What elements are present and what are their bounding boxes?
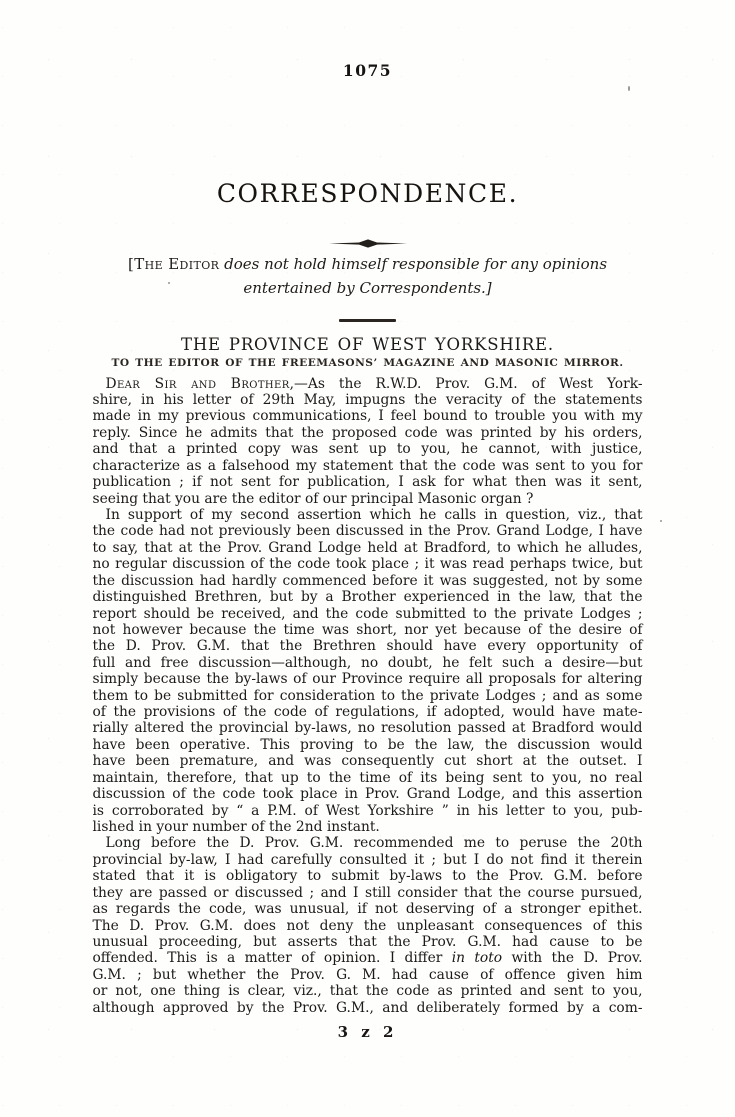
article-title: THE PROVINCE OF WEST YORKSHIRE.	[181, 335, 554, 354]
scan-speck	[168, 282, 170, 284]
diamond-rule-divider	[329, 233, 407, 242]
text-line: [The Editor does not hold himself respon…	[88, 253, 648, 277]
paragraph: Long before the D. Prov. G.M. recommende…	[93, 835, 643, 1016]
text-line: The D. Prov. G.M. does not deny the unpl…	[93, 918, 643, 934]
text-line: simply because the by-laws of our Provin…	[93, 671, 643, 687]
text-line: G.M. ; but whether the Prov. G. M. had c…	[93, 967, 643, 983]
short-rule-divider	[339, 319, 396, 322]
text-line: Long before the D. Prov. G.M. recommende…	[93, 835, 643, 851]
page-number: 1075	[343, 62, 392, 79]
text-line: stated that it is obligatory to submit b…	[93, 868, 643, 884]
text-line: publication ; if not sent for publicatio…	[93, 474, 643, 490]
text-line: distinguished Brethren, but by a Brother…	[93, 589, 643, 605]
text-line: have been premature, and was consequentl…	[93, 753, 643, 769]
scan-speck	[628, 86, 630, 91]
diamond-rule-icon	[329, 239, 407, 248]
text-line: although approved by the Prov. G.M., and…	[93, 1000, 643, 1016]
text-line: to say, that at the Prov. Grand Lodge he…	[93, 540, 643, 556]
text-line: reply. Since he admits that the proposed…	[93, 425, 643, 441]
scanned-document-page: 1075 CORRESPONDENCE. [The Editor does no…	[0, 0, 735, 1117]
text-line: them to be submitted for consideration t…	[93, 688, 643, 704]
text-line: of the provisions of the code of regulat…	[93, 704, 643, 720]
printer-signature-mark: 3 z 2	[338, 1024, 398, 1041]
text-line: seeing that you are the editor of our pr…	[93, 491, 643, 507]
paragraph: [The Editor does not hold himself respon…	[88, 253, 648, 300]
text-line: unusual proceeding, but asserts that the…	[93, 934, 643, 950]
text-line: or not, one thing is clear, viz., that t…	[93, 983, 643, 999]
text-line: Dear Sir and Brother,—As the R.W.D. Prov…	[93, 376, 643, 392]
text-line: and that a printed copy was sent up to y…	[93, 441, 643, 457]
text-line: rially altered the provincial by-laws, n…	[93, 720, 643, 736]
article-subtitle: TO THE EDITOR OF THE FREEMASONS’ MAGAZIN…	[111, 357, 623, 370]
text-line: they are passed or discussed ; and I sti…	[93, 885, 643, 901]
text-line: offended. This is a matter of opinion. I…	[93, 950, 643, 966]
text-line: not however because the time was short, …	[93, 622, 643, 638]
text-line: have been operative. This proving to be …	[93, 737, 643, 753]
text-line: the D. Prov. G.M. that the Brethren shou…	[93, 638, 643, 654]
text-line: shire, in his letter of 29th May, impugn…	[93, 392, 643, 408]
text-line: entertained by Correspondents.]	[88, 277, 648, 301]
text-line: report should be received, and the code …	[93, 606, 643, 622]
text-line: discussion of the code took place in Pro…	[93, 786, 643, 802]
text-line: lished in your number of the 2nd instant…	[93, 819, 643, 835]
text-line: is corroborated by “ a P.M. of West York…	[93, 803, 643, 819]
editor-disclaimer: [The Editor does not hold himself respon…	[88, 253, 648, 300]
text-line: no regular discussion of the code took p…	[93, 556, 643, 572]
text-line: characterize as a falsehood my statement…	[93, 458, 643, 474]
text-line: In support of my second assertion which …	[93, 507, 643, 523]
paragraph: In support of my second assertion which …	[93, 507, 643, 835]
correspondence-heading: CORRESPONDENCE.	[217, 180, 518, 207]
text-line: full and free discussion—although, no do…	[93, 655, 643, 671]
text-line: the discussion had hardly commenced befo…	[93, 573, 643, 589]
text-line: maintain, therefore, that up to the time…	[93, 770, 643, 786]
scan-speck	[660, 520, 662, 522]
text-line: as regards the code, was unusual, if not…	[93, 901, 643, 917]
text-line: the code had not previously been discuss…	[93, 523, 643, 539]
article-body: Dear Sir and Brother,—As the R.W.D. Prov…	[93, 376, 643, 1016]
text-line: made in my previous communications, I fe…	[93, 408, 643, 424]
paragraph: Dear Sir and Brother,—As the R.W.D. Prov…	[93, 376, 643, 507]
text-line: provincial by-law, I had carefully consu…	[93, 852, 643, 868]
